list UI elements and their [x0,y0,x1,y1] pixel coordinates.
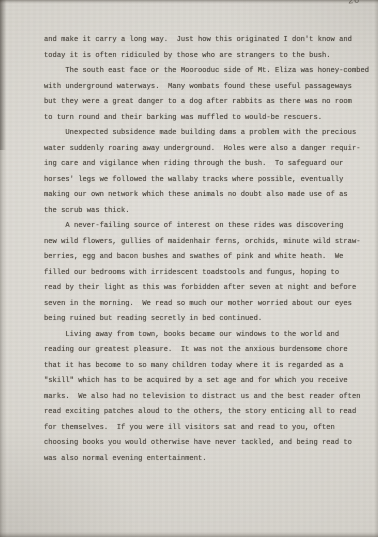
page-number: 26 [348,0,361,7]
scan-edge-shadow-left-top [0,0,6,150]
scanned-document-page: 26 and make it carry a long way. Just ho… [0,0,378,537]
scan-edge-shadow-bottom [0,531,378,537]
scan-edge-shadow-top [0,0,378,4]
scan-edge-shadow-right [374,0,378,537]
document-body-text: and make it carry a long way. Just how t… [44,33,366,467]
scan-edge-shadow-left [0,0,7,537]
